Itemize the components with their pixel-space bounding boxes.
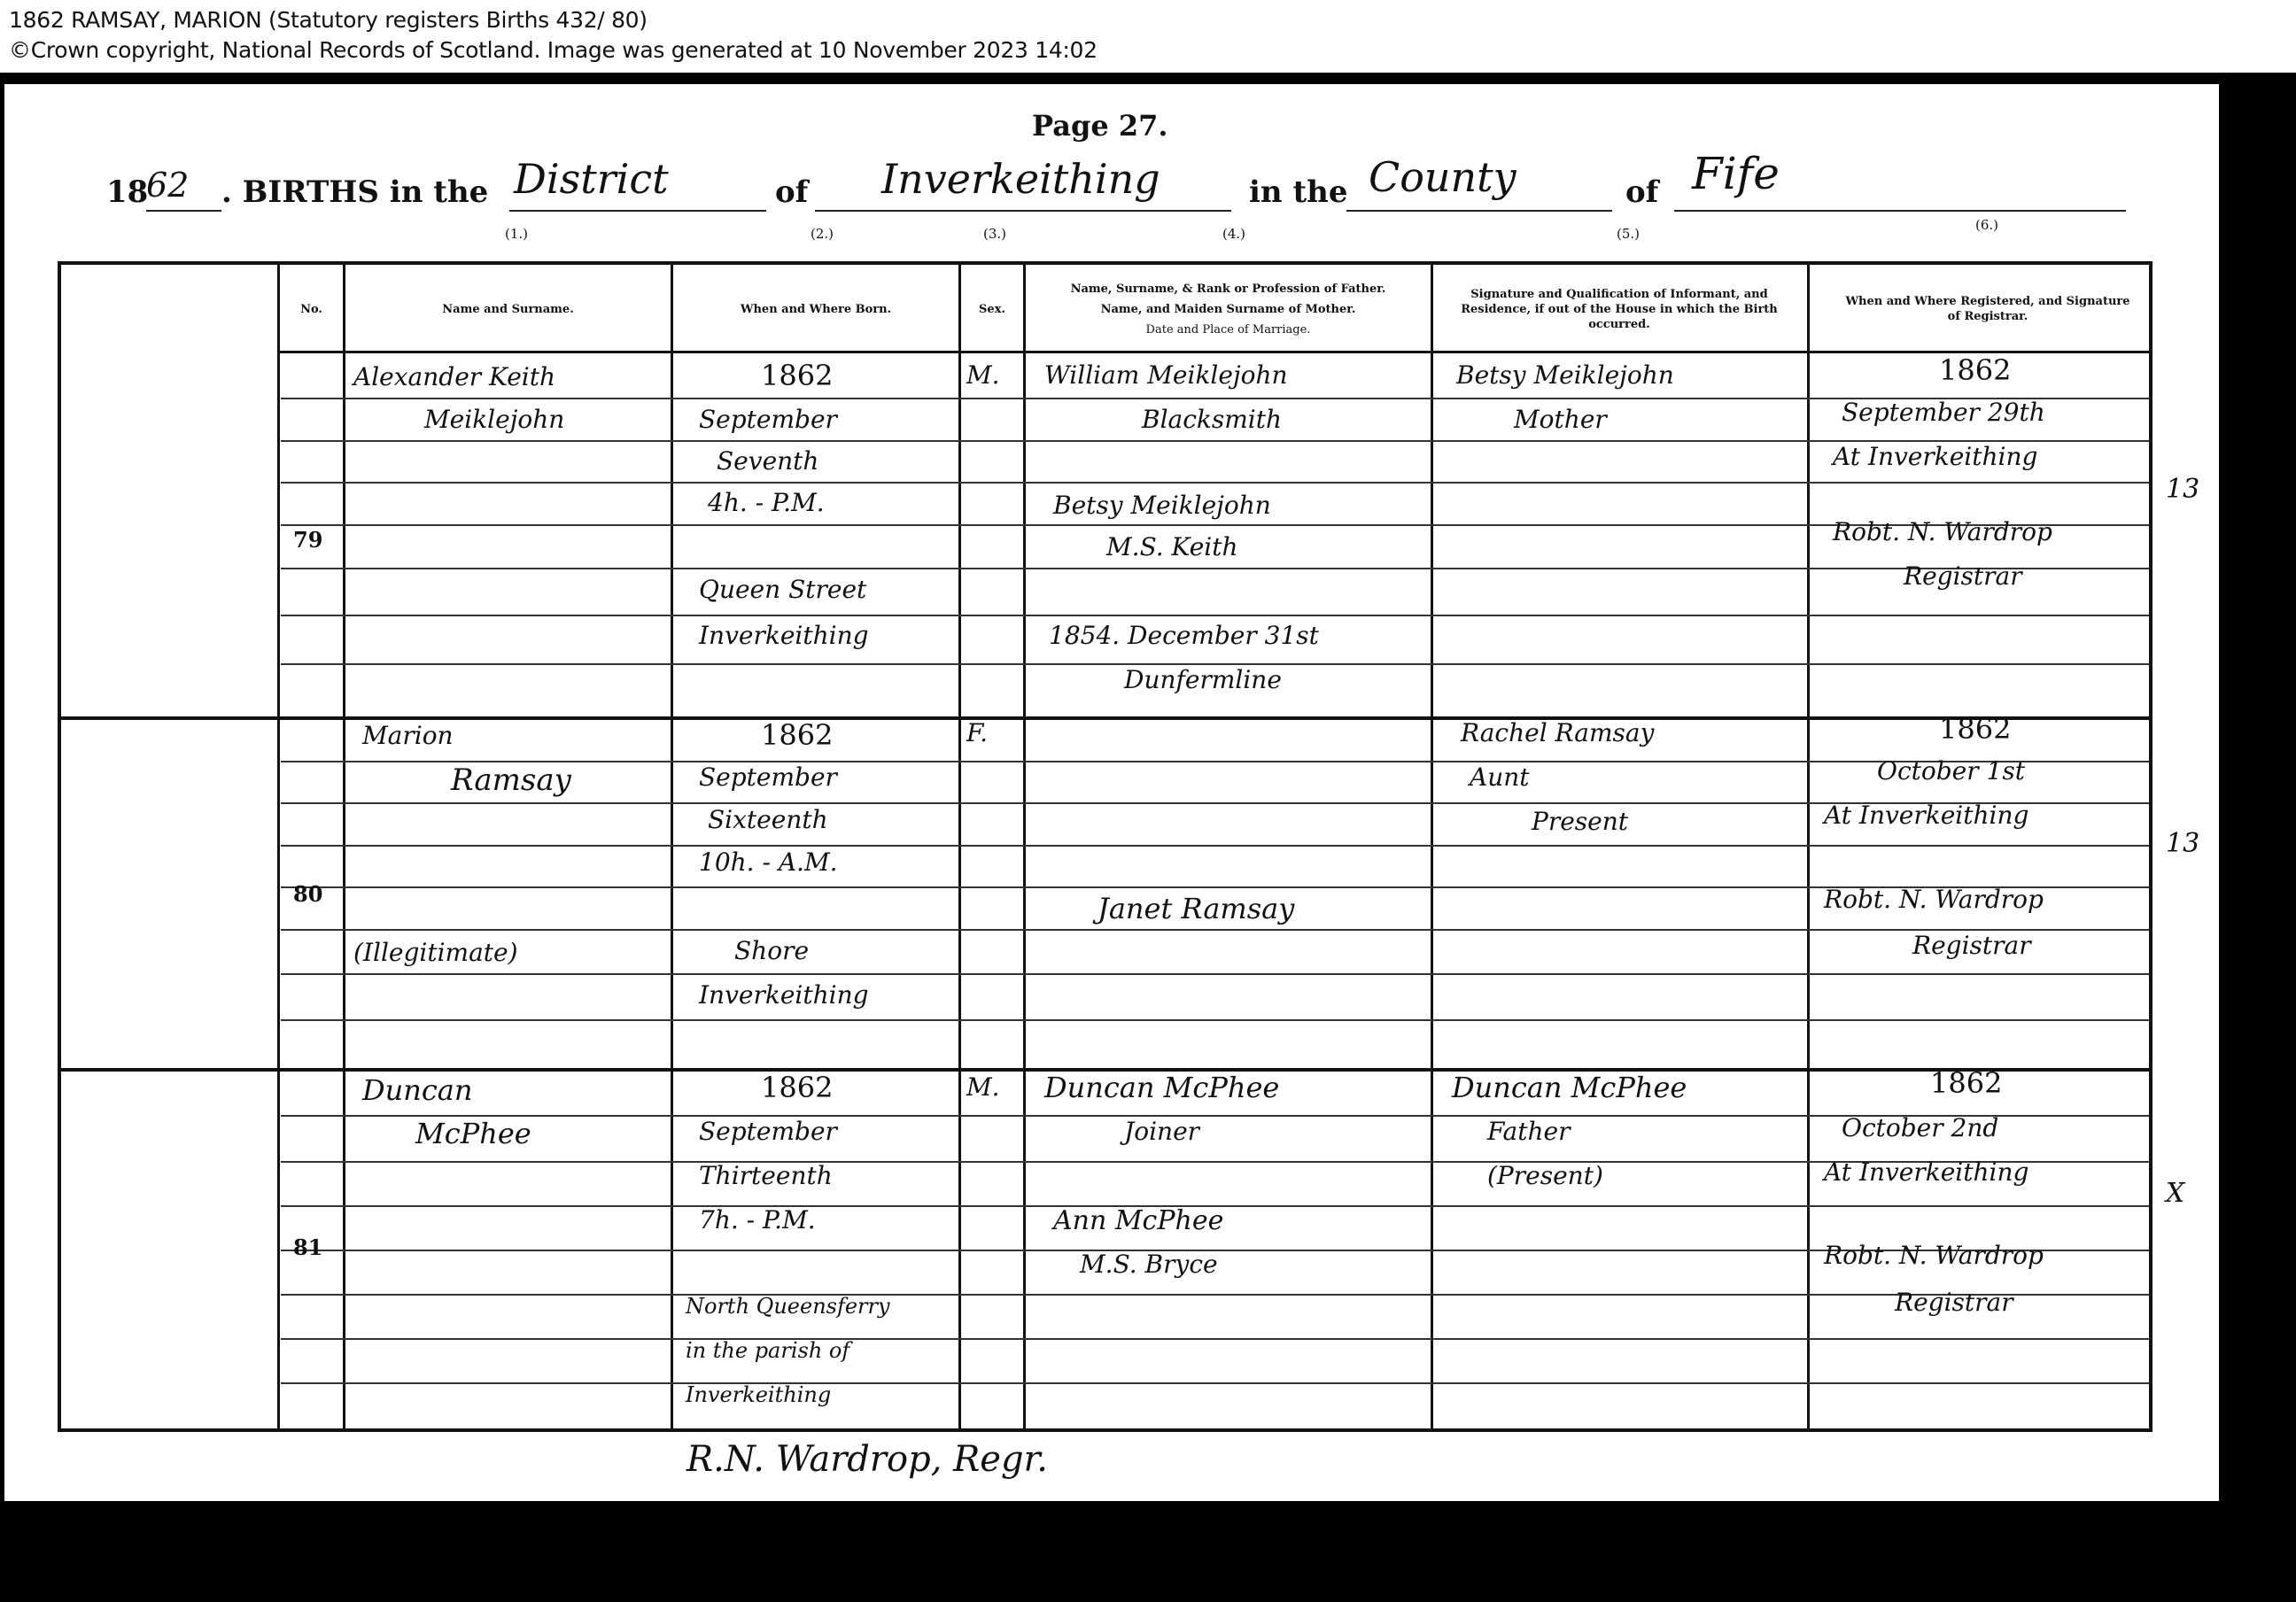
ruled-line — [281, 482, 2149, 484]
birth-place-line1: Queen Street — [699, 575, 866, 604]
registration-place: At Inverkeithing — [1833, 442, 2037, 471]
header-name: Name and Surname. — [345, 265, 671, 353]
entry-number: 81 — [293, 1234, 322, 1260]
registration-date: September 29th — [1842, 398, 2045, 427]
registrar-signature: Robt. N. Wardrop — [1833, 517, 2052, 546]
mother-name: Betsy Meiklejohn — [1053, 491, 1271, 520]
year-underline — [146, 210, 221, 212]
father-occupation: Joiner — [1124, 1117, 1199, 1146]
registration-date: October 1st — [1877, 756, 2025, 786]
informant-name: Duncan McPhee — [1452, 1071, 1687, 1104]
informant-qualification: Mother — [1514, 405, 1607, 434]
informant-qualification: Father — [1487, 1117, 1570, 1146]
birth-place-line3: Inverkeithing — [686, 1382, 831, 1407]
column-number-2: (2.) — [811, 226, 834, 242]
header-informant: Signature and Qualification of Informant… — [1455, 265, 1783, 353]
marriage-place: Dunfermline — [1124, 665, 1282, 694]
header-parents-marriage: Date and Place of Marriage. — [1146, 322, 1311, 337]
legitimacy-note: (Illegitimate) — [353, 938, 518, 967]
ruled-line — [281, 973, 2149, 975]
margin-note-79: 13 — [2166, 474, 2199, 505]
header-sex: Sex. — [961, 265, 1023, 353]
birth-day: Seventh — [717, 446, 818, 476]
header-registered: When and Where Registered, and Signature… — [1842, 265, 2134, 353]
informant-name: Betsy Meiklejohn — [1456, 360, 1674, 390]
of-label-2: of — [1625, 174, 1658, 210]
header-born: When and Where Born. — [673, 265, 958, 353]
margin-note-81: X — [2166, 1178, 2184, 1209]
header-parents: Name, Surname, & Rank or Profession of F… — [1026, 265, 1431, 353]
birth-day: Thirteenth — [699, 1161, 833, 1190]
ruled-line — [281, 1019, 2149, 1021]
birth-day: Sixteenth — [708, 805, 828, 834]
registrar-title: Registrar — [1895, 1288, 2013, 1317]
district-type-underline — [509, 210, 766, 212]
birth-place-line2: Inverkeithing — [699, 980, 869, 1010]
ruled-line — [281, 1338, 2149, 1340]
father-name: William Meiklejohn — [1044, 360, 1288, 390]
informant-name: Rachel Ramsay — [1461, 718, 1654, 747]
birth-place-line2: Inverkeithing — [699, 621, 869, 650]
birth-year: 1862 — [761, 1071, 833, 1104]
birth-time: 7h. - P.M. — [699, 1205, 816, 1234]
column-number-1: (1.) — [505, 226, 528, 242]
county-type-underline — [1346, 210, 1612, 212]
ruled-line — [281, 615, 2149, 616]
birth-month: September — [699, 405, 837, 434]
birth-year: 1862 — [761, 359, 833, 392]
birth-place-line1: Shore — [734, 936, 809, 965]
entry-separator-79-80 — [61, 716, 2149, 720]
birth-place-line2: in the parish of — [686, 1338, 849, 1363]
county-name-underline — [1674, 210, 2126, 212]
header-parents-mother: Name, and Maiden Surname of Mother. — [1101, 302, 1356, 317]
registration-year: 1862 — [1939, 712, 2011, 746]
registration-place: At Inverkeithing — [1824, 1157, 2028, 1187]
ruled-line — [281, 929, 2149, 931]
in-the-label: in the — [1249, 174, 1348, 210]
divider-no — [277, 265, 280, 1428]
birth-year: 1862 — [761, 718, 833, 752]
header-parents-father: Name, Surname, & Rank or Profession of F… — [1071, 282, 1386, 297]
child-name-line2: Ramsay — [451, 762, 571, 798]
informant-qualification: Aunt — [1470, 762, 1530, 792]
mother-name: Ann McPhee — [1053, 1205, 1223, 1236]
column-number-5: (5.) — [1617, 226, 1640, 242]
births-register-table: No. Name and Surname. When and Where Bor… — [58, 261, 2152, 1432]
year-suffix: 62 — [146, 166, 189, 205]
informant-presence: Present — [1532, 807, 1628, 836]
margin-note-80: 13 — [2166, 828, 2199, 859]
district-name-underline — [815, 210, 1231, 212]
ruled-line — [281, 568, 2149, 569]
county-type: County — [1369, 153, 1516, 201]
child-name-line1: Duncan — [362, 1073, 472, 1107]
register-page: Page 27. 18 62 . BIRTHS in the District … — [4, 84, 2219, 1501]
image-caption: 1862 RAMSAY, MARION (Statutory registers… — [0, 0, 2296, 73]
of-label-1: of — [775, 174, 808, 210]
child-name-line2: McPhee — [415, 1117, 531, 1150]
sex: M. — [966, 1072, 1000, 1102]
sex: M. — [966, 360, 1000, 390]
column-number-6: (6.) — [1975, 217, 1998, 233]
year-prefix: 18 — [106, 174, 148, 210]
record-title: 1862 RAMSAY, MARION (Statutory registers… — [9, 7, 648, 33]
birth-time: 4h. - P.M. — [708, 488, 825, 517]
child-name-line2: Meiklejohn — [424, 405, 564, 434]
header-no: No. — [280, 265, 343, 353]
father-occupation: Blacksmith — [1142, 405, 1282, 434]
mother-name: Janet Ramsay — [1098, 892, 1294, 925]
birth-place-line1: North Queensferry — [686, 1294, 890, 1319]
district-name: Inverkeithing — [881, 155, 1160, 203]
father-name: Duncan McPhee — [1044, 1071, 1279, 1104]
entry-number: 80 — [293, 881, 322, 907]
mother-maiden-surname: M.S. Bryce — [1080, 1250, 1218, 1279]
registration-place: At Inverkeithing — [1824, 801, 2028, 830]
column-number-3: (3.) — [983, 226, 1006, 242]
birth-month: September — [699, 762, 837, 792]
sex: F. — [966, 718, 988, 747]
mother-maiden-surname: M.S. Keith — [1106, 532, 1238, 561]
registrar-page-signature: R.N. Wardrop, Regr. — [686, 1439, 1048, 1480]
column-number-4: (4.) — [1222, 226, 1245, 242]
child-name-line1: Alexander Keith — [353, 362, 555, 391]
registration-year: 1862 — [1939, 353, 2011, 387]
registrar-title: Registrar — [1904, 561, 2022, 591]
marriage-date: 1854. December 31st — [1049, 621, 1319, 650]
registrar-signature: Robt. N. Wardrop — [1824, 1241, 2044, 1270]
entry-number: 79 — [293, 527, 322, 553]
birth-month: September — [699, 1117, 837, 1146]
registration-year: 1862 — [1930, 1066, 2002, 1100]
county-name: Fife — [1692, 148, 1780, 199]
informant-presence: (Present) — [1487, 1161, 1603, 1190]
birth-time: 10h. - A.M. — [699, 847, 838, 877]
page-number: Page 27. — [1032, 109, 1167, 143]
ruled-line — [281, 1294, 2149, 1296]
child-name-line1: Marion — [362, 721, 454, 750]
ruled-line — [281, 845, 2149, 847]
copyright-notice: ©Crown copyright, National Records of Sc… — [9, 37, 1098, 63]
ruled-line — [281, 1382, 2149, 1384]
registrar-signature: Robt. N. Wardrop — [1824, 885, 2044, 914]
registrar-title: Registrar — [1912, 931, 2031, 960]
registration-date: October 2nd — [1842, 1113, 1998, 1142]
district-type: District — [514, 155, 669, 203]
births-label: . BIRTHS in the — [221, 174, 488, 210]
